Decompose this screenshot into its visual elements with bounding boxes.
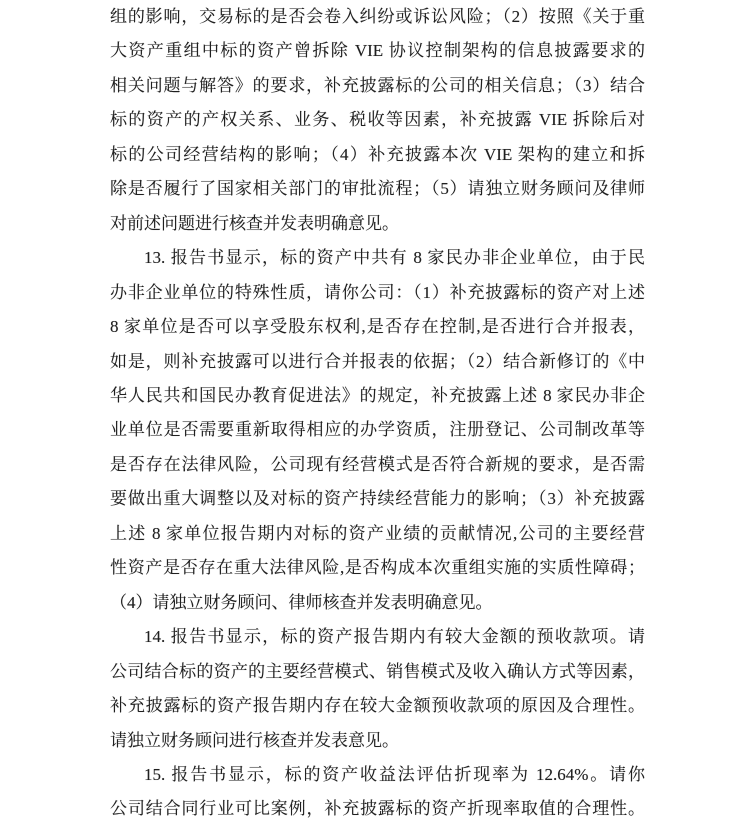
text-line: 15. 报告书显示，标的资产收益法评估折现率为 12.64%。请你: [110, 758, 645, 792]
paragraph-item-15: 15. 报告书显示，标的资产收益法评估折现率为 12.64%。请你 公司结合同行…: [110, 758, 645, 827]
text-line: 标的公司经营结构的影响；（4）补充披露本次 VIE 架构的建立和拆: [110, 138, 645, 172]
text-line: 上述 8 家单位报告期内对标的资产业绩的贡献情况,公司的主要经营: [110, 517, 645, 551]
paragraph-item-14: 14. 报告书显示，标的资产报告期内有较大金额的预收款项。请 公司结合标的资产的…: [110, 620, 645, 758]
text-line: 标的资产的产权关系、业务、税收等因素，补充披露 VIE 拆除后对: [110, 103, 645, 137]
document-page: 组的影响，交易标的是否会卷入纠纷或诉讼风险；（2）按照《关于重 大资产重组中标的…: [0, 0, 730, 827]
text-line: 是否存在法律风险，公司现有经营模式是否符合新规的要求，是否需: [110, 448, 645, 482]
text-line: （4）请独立财务顾问、律师核查并发表明确意见。: [110, 586, 645, 620]
text-line: 除是否履行了国家相关部门的审批流程；（5）请独立财务顾问及律师: [110, 172, 645, 206]
text-line: 14. 报告书显示，标的资产报告期内有较大金额的预收款项。请: [110, 620, 645, 654]
text-line: 组的影响，交易标的是否会卷入纠纷或诉讼风险；（2）按照《关于重: [110, 0, 645, 34]
text-line: 要做出重大调整以及对标的资产持续经营能力的影响；（3）补充披露: [110, 482, 645, 516]
text-line: 性资产是否存在重大法律风险,是否构成本次重组实施的实质性障碍；: [110, 551, 645, 585]
paragraph-item-12-continuation: 组的影响，交易标的是否会卷入纠纷或诉讼风险；（2）按照《关于重 大资产重组中标的…: [110, 0, 645, 241]
text-line: 8 家单位是否可以享受股东权利,是否存在控制,是否进行合并报表，: [110, 310, 645, 344]
text-line: 请独立财务顾问进行核查并发表意见。: [110, 724, 645, 758]
text-line: 华人民共和国民办教育促进法》的规定，补充披露上述 8 家民办非企: [110, 379, 645, 413]
text-line: 相关问题与解答》的要求，补充披露标的公司的相关信息；（3）结合: [110, 69, 645, 103]
paragraph-item-13: 13. 报告书显示，标的资产中共有 8 家民办非企业单位，由于民 办非企业单位的…: [110, 241, 645, 620]
text-line: 补充披露标的资产报告期内存在较大金额预收款项的原因及合理性。: [110, 689, 645, 723]
text-line: 公司结合标的资产的主要经营模式、销售模式及收入确认方式等因素，: [110, 655, 645, 689]
text-line: 公司结合同行业可比案例，补充披露标的资产折现率取值的合理性。: [110, 792, 645, 826]
text-line: 如是，则补充披露可以进行合并报表的依据；（2）结合新修订的《中: [110, 345, 645, 379]
text-line: 业单位是否需要重新取得相应的办学资质，注册登记、公司制改革等: [110, 413, 645, 447]
text-line: 13. 报告书显示，标的资产中共有 8 家民办非企业单位，由于民: [110, 241, 645, 275]
document-text: 组的影响，交易标的是否会卷入纠纷或诉讼风险；（2）按照《关于重 大资产重组中标的…: [110, 0, 645, 827]
text-line: 大资产重组中标的资产曾拆除 VIE 协议控制架构的信息披露要求的: [110, 34, 645, 68]
text-line: 办非企业单位的特殊性质，请你公司：（1）补充披露标的资产对上述: [110, 276, 645, 310]
text-line: 对前述问题进行核查并发表明确意见。: [110, 207, 645, 241]
